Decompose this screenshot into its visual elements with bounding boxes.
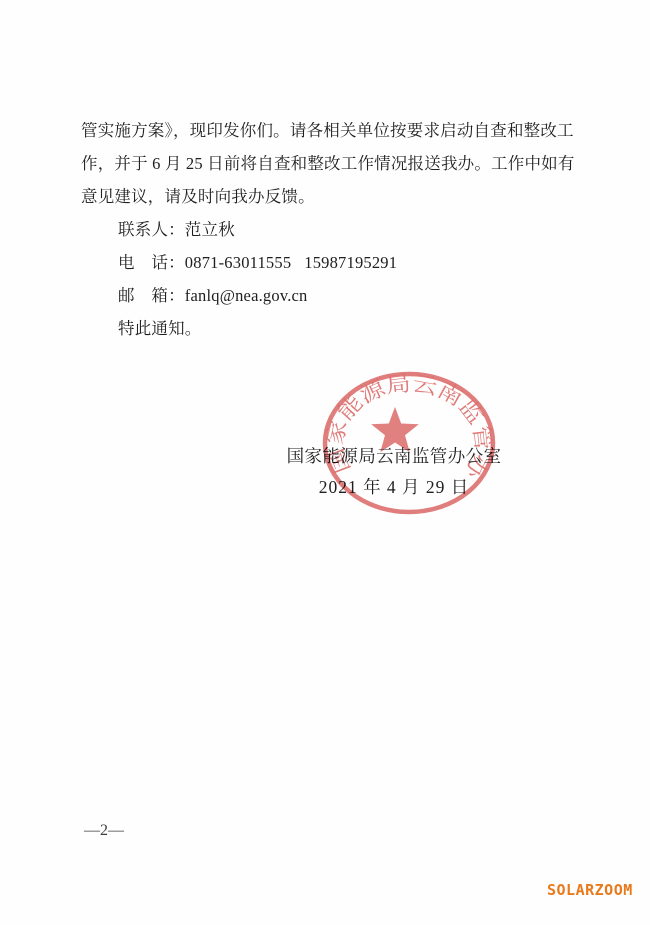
- body-text: 管实施方案》，现印发你们。请各相关单位按要求启动自查和整改工 作，并于 6 月 …: [81, 114, 581, 345]
- paragraph-line: 意见建议，请及时向我办反馈。: [81, 180, 581, 213]
- closing-line: 特此通知。: [81, 312, 581, 345]
- signature-date: 2021 年 4 月 29 日: [244, 477, 544, 497]
- watermark: SOLARZOOM: [547, 880, 633, 900]
- contact-phone-line: 电 话：0871-63011555 15987195291: [81, 246, 581, 279]
- paragraph-line: 管实施方案》，现印发你们。请各相关单位按要求启动自查和整改工: [81, 114, 581, 147]
- page-number: —2—: [84, 820, 124, 842]
- document-page: 管实施方案》，现印发你们。请各相关单位按要求启动自查和整改工 作，并于 6 月 …: [0, 0, 650, 925]
- paragraph-line: 作，并于 6 月 25 日前将自查和整改工作情况报送我办。工作中如有: [81, 147, 581, 180]
- contact-person-line: 联系人：范立秋: [81, 213, 581, 246]
- contact-email-line: 邮 箱：fanlq@nea.gov.cn: [81, 279, 581, 312]
- signature-office: 国家能源局云南监管办公室: [244, 446, 544, 466]
- signature-block: 国家能源局云南监管办公室 2021 年 4 月 29 日: [244, 446, 544, 497]
- official-seal: 国家能源局云南监管办: [309, 358, 509, 528]
